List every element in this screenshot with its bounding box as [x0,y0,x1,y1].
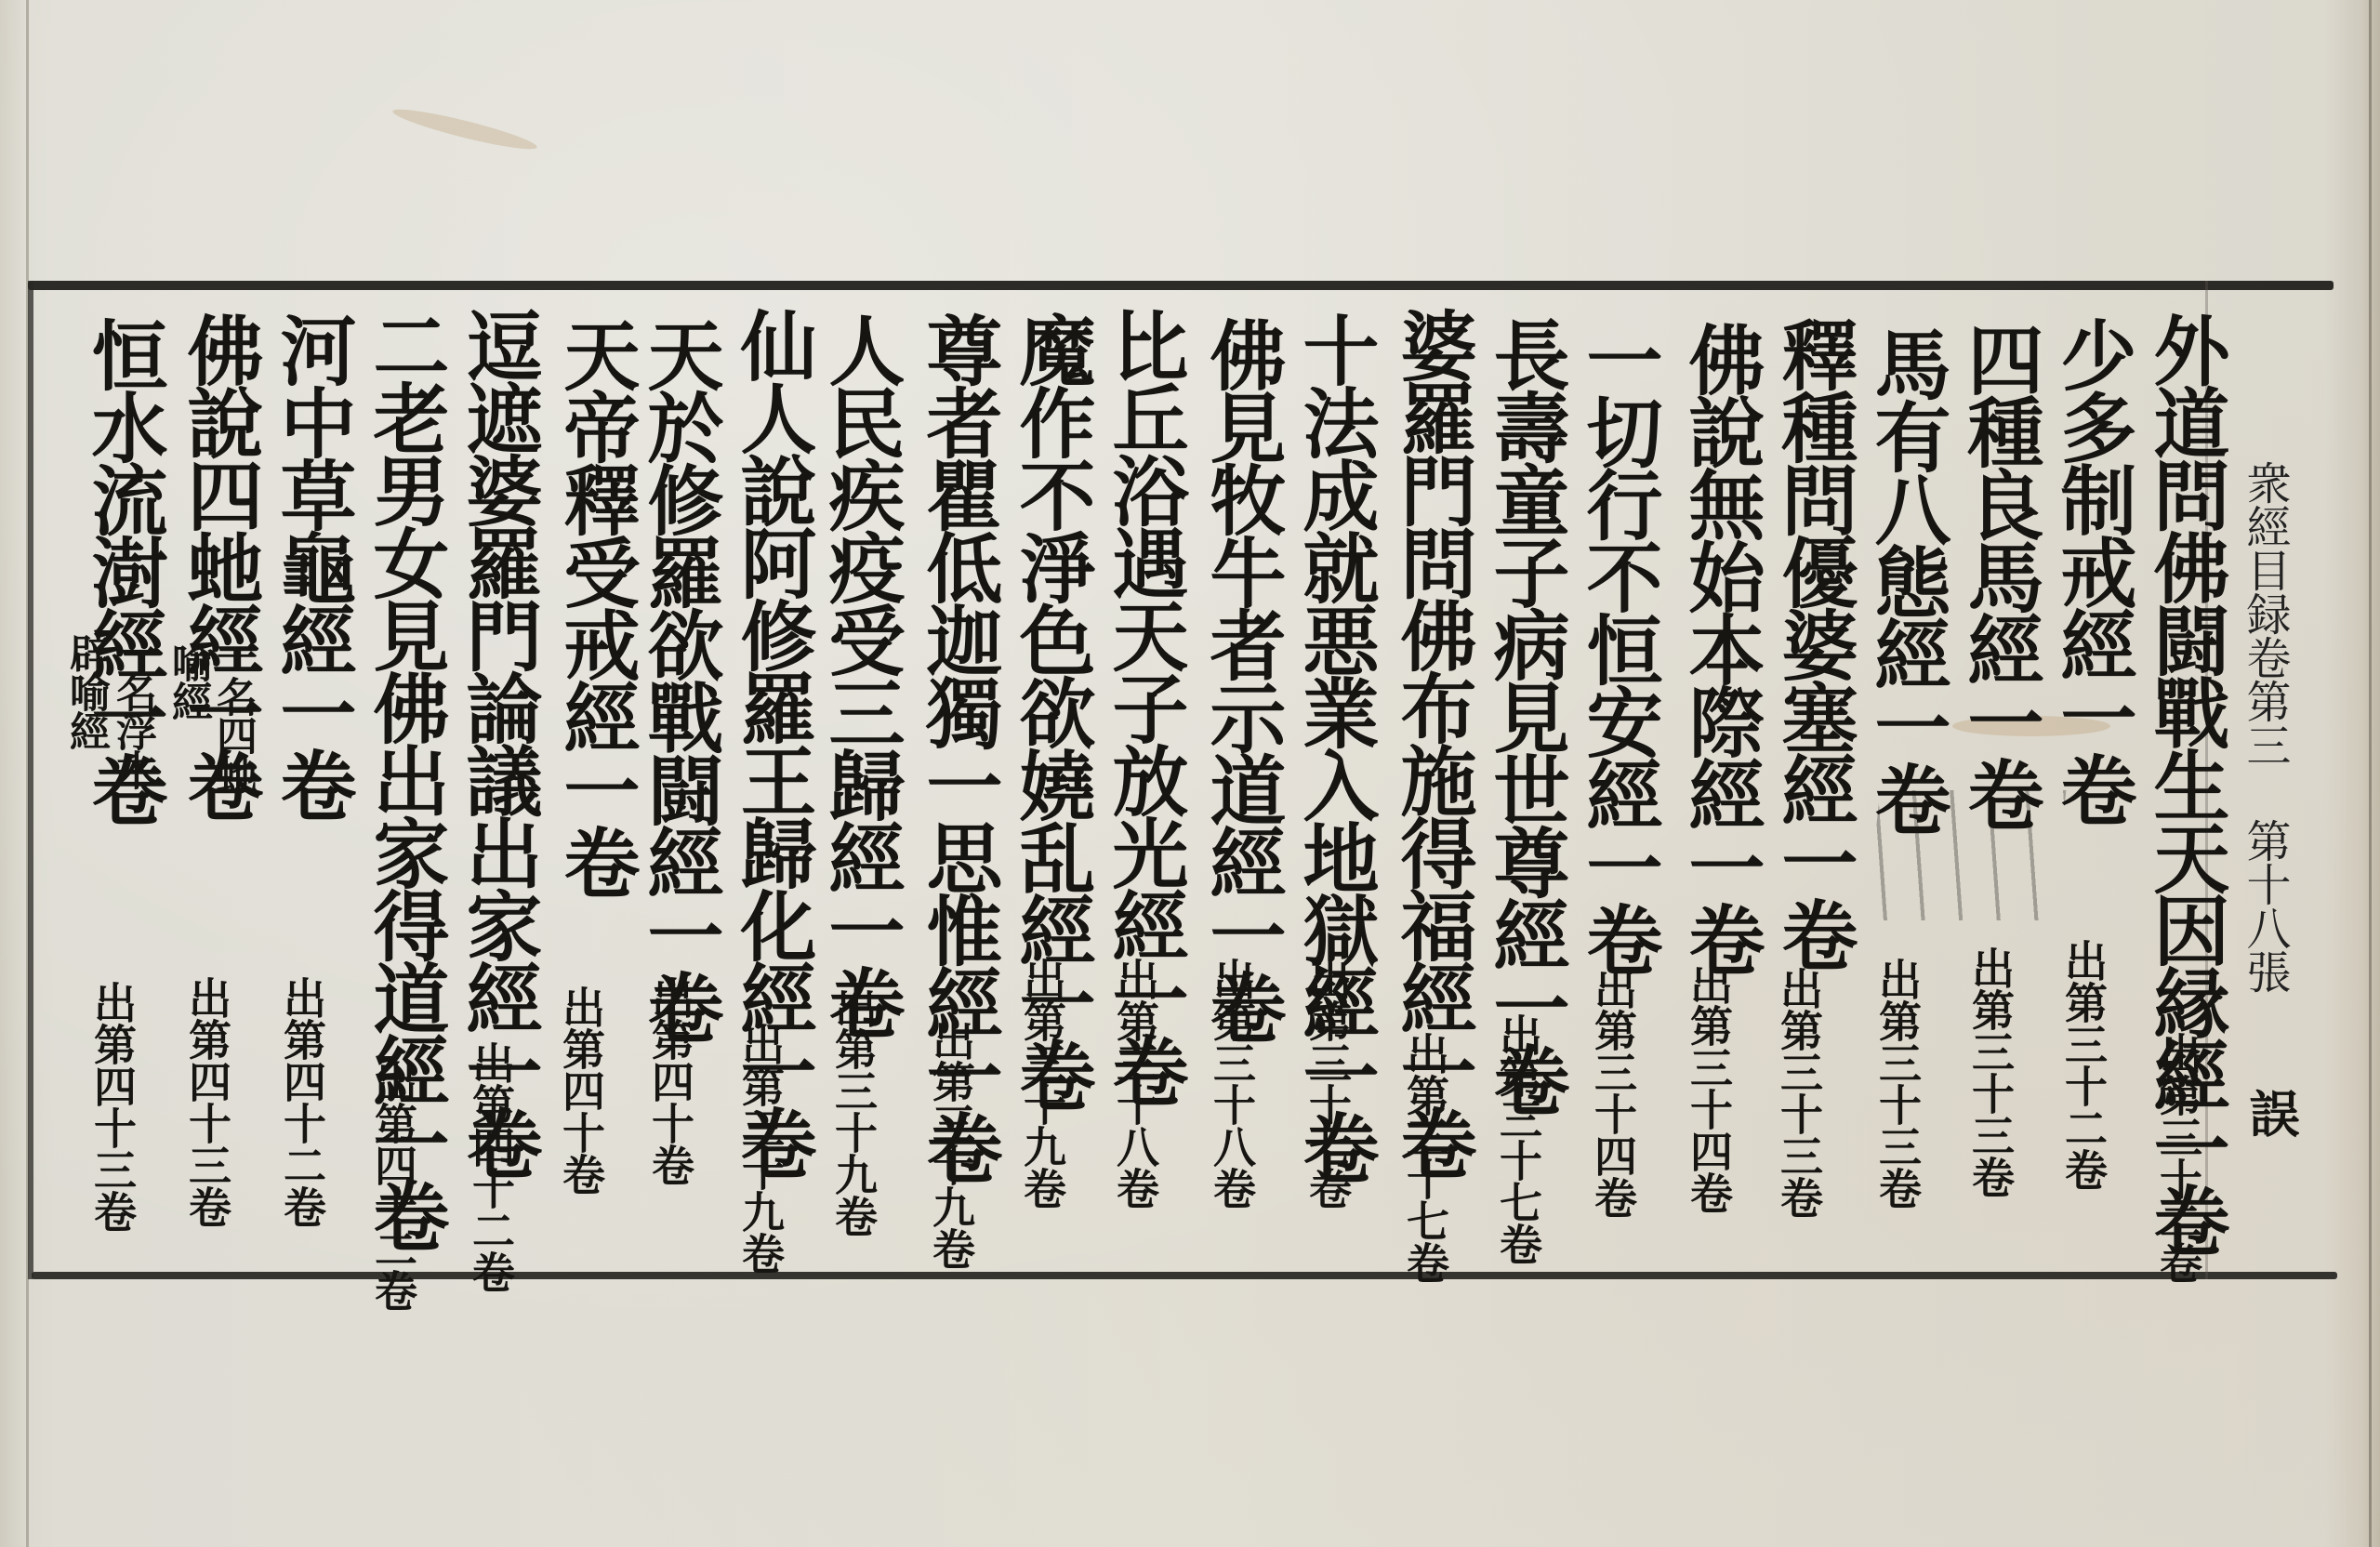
entry-alt-name: 一名浮木 [112,632,152,788]
entry-alt-name: 一名四虵 [212,637,253,793]
entry-source: 出第四十二卷 [372,1060,415,1311]
entry-source: 出第四十卷 [649,976,692,1185]
entry-title: 天帝釋受戒經一卷 [558,316,634,896]
entry-source: 出第三十九卷 [739,1023,782,1274]
entry-source: 出第三十三卷 [1778,967,1820,1218]
entry-source: 出第四十三卷 [91,981,134,1232]
entry-title: 長壽童子病見世尊經一卷 [1487,316,1564,1114]
entry-source: 出第三十四卷 [1687,962,1730,1213]
paper-stain [390,103,539,155]
frame-top-border [28,281,2334,290]
entry-source: 出第三十九卷 [930,1018,972,1269]
entry-title: 四種良馬經一卷 [1962,321,2038,828]
entry-source: 出第三十三卷 [1969,946,2012,1197]
frame-left-border [28,281,33,1279]
entry-source: 出第三十九卷 [1021,958,1064,1209]
entry-title: 少多制戒經一卷 [2055,316,2131,824]
entry-source: 出第三十七卷 [1404,1032,1447,1283]
entry-title: 佛見牧牛者示道經一卷 [1204,316,1280,1041]
correction-mark: 誤 [2246,1088,2296,1138]
entry-source: 出第三十三卷 [1876,958,1919,1209]
entry-source: 出第三十二卷 [2157,1032,2200,1283]
entry-alt-name: 辟喻經 [65,632,106,749]
entry-source: 出第三十二卷 [2062,939,2105,1190]
entry-source: 出第四十卷 [560,985,602,1195]
entry-source: 出第三十八卷 [1114,958,1157,1209]
entry-source: 出第三十九卷 [832,985,875,1236]
entry-title: 佛說無始本際經一卷 [1683,321,1759,973]
entry-title: 河中草龜經一卷 [274,311,350,819]
entry-title: 天於修羅欲戰闘經一卷 [641,316,718,1041]
entry-source: 出第三十七卷 [1497,1013,1540,1264]
entry-source: 出第三十七卷 [1306,958,1349,1209]
entry-source: 出第四十二卷 [469,1041,512,1292]
scanned-page: 衆經目録卷第三 第十八張 誤 外道問佛闘戰生天因縁經一卷 出第三十二卷 少多制戒… [0,0,2380,1547]
right-page-edge [2369,0,2372,1547]
entry-title: 釋種問優婆塞經一卷 [1776,316,1852,969]
sheet-number: 第十八張 [2242,818,2287,993]
entry-title: 一切行不恒安經一卷 [1580,321,1657,973]
entry-source: 出第三十四卷 [1592,967,1634,1218]
entry-source: 出第三十八卷 [1210,958,1253,1209]
entry-source: 出第四十三卷 [186,976,229,1227]
entry-alt-name: 喻經 [167,641,208,720]
entry-title: 馬有八態經一卷 [1869,325,1945,833]
running-title: 衆經目録卷第三 [2242,460,2287,766]
entry-title: 人民疾疫受三歸經一卷 [823,311,899,1037]
entry-source: 出第四十二卷 [281,976,324,1227]
